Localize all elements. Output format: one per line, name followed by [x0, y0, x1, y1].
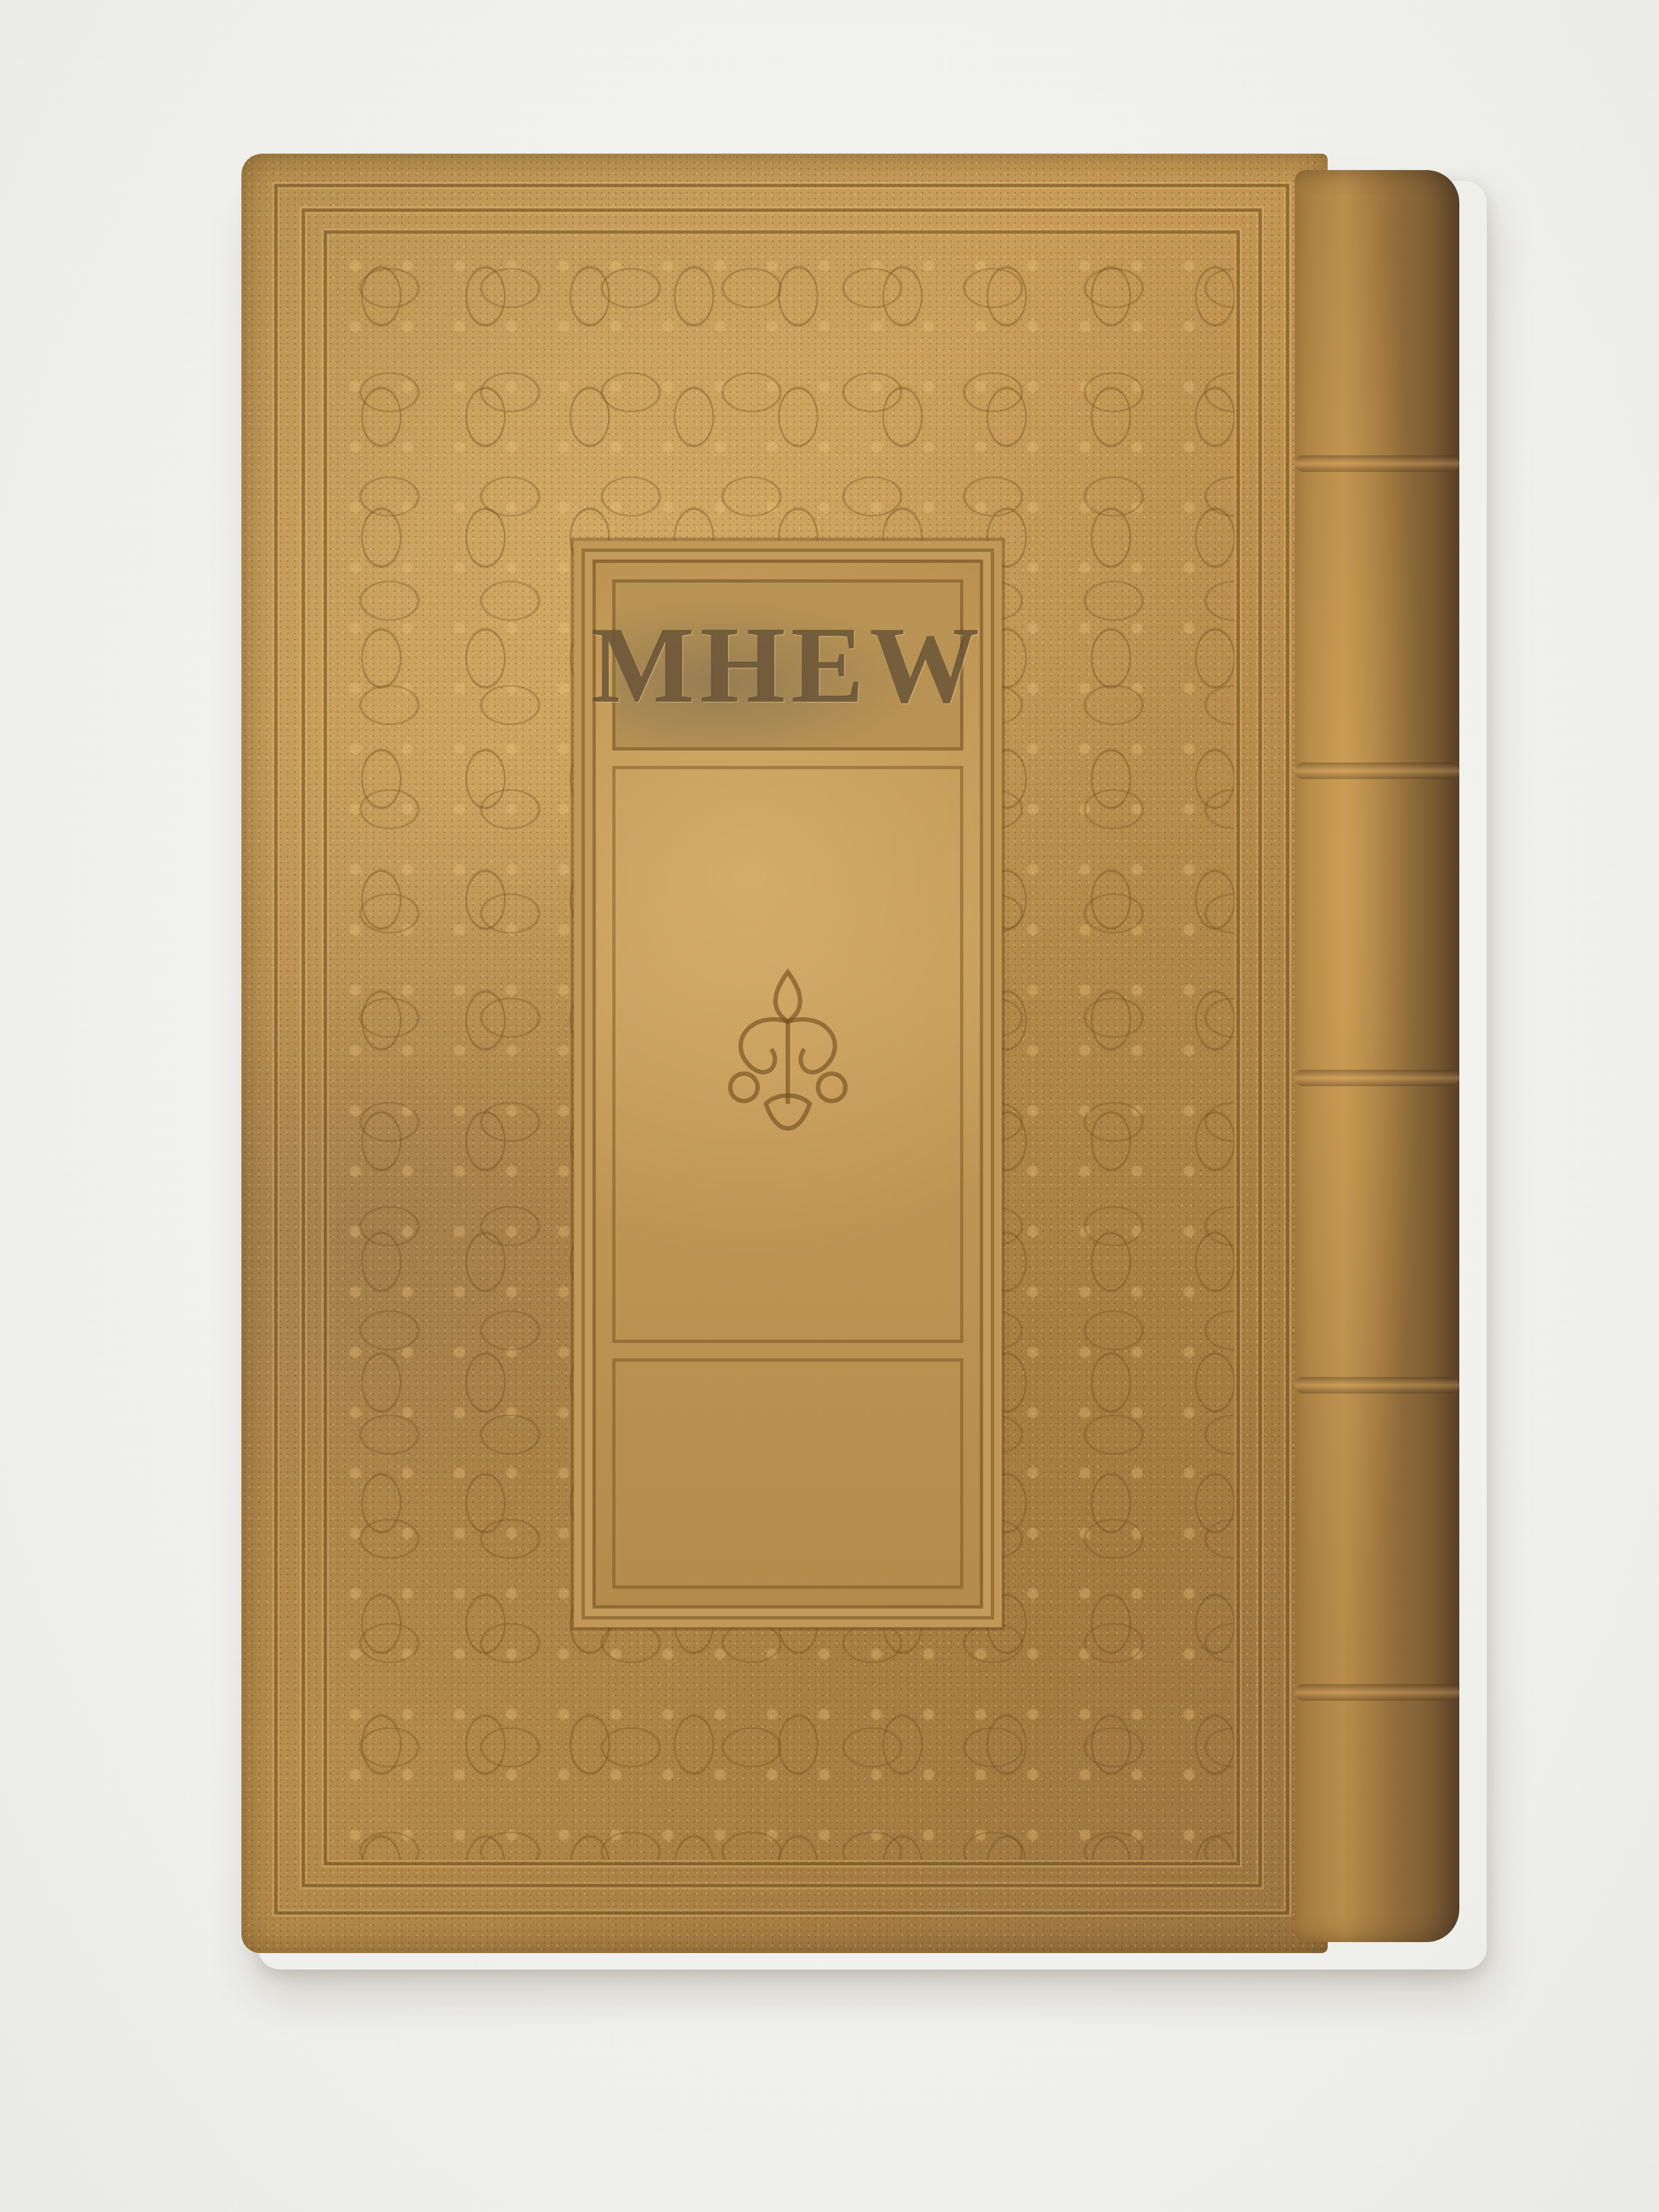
raised-band: [1295, 1684, 1459, 1701]
ornament-panel: [612, 766, 963, 1343]
raised-band: [1295, 1377, 1459, 1393]
raised-band: [1295, 1070, 1459, 1086]
lower-panel: [612, 1358, 963, 1589]
central-panel: MHEW: [592, 560, 983, 1609]
book: MHEW: [241, 154, 1470, 1953]
title-lettering: MHEW: [591, 602, 985, 728]
front-cover: MHEW: [241, 154, 1328, 1953]
spine: [1295, 170, 1459, 1942]
raised-band: [1295, 763, 1459, 779]
raised-band: [1295, 455, 1459, 472]
title-panel: MHEW: [612, 579, 963, 751]
fleuron-ornament-icon: [706, 961, 870, 1148]
